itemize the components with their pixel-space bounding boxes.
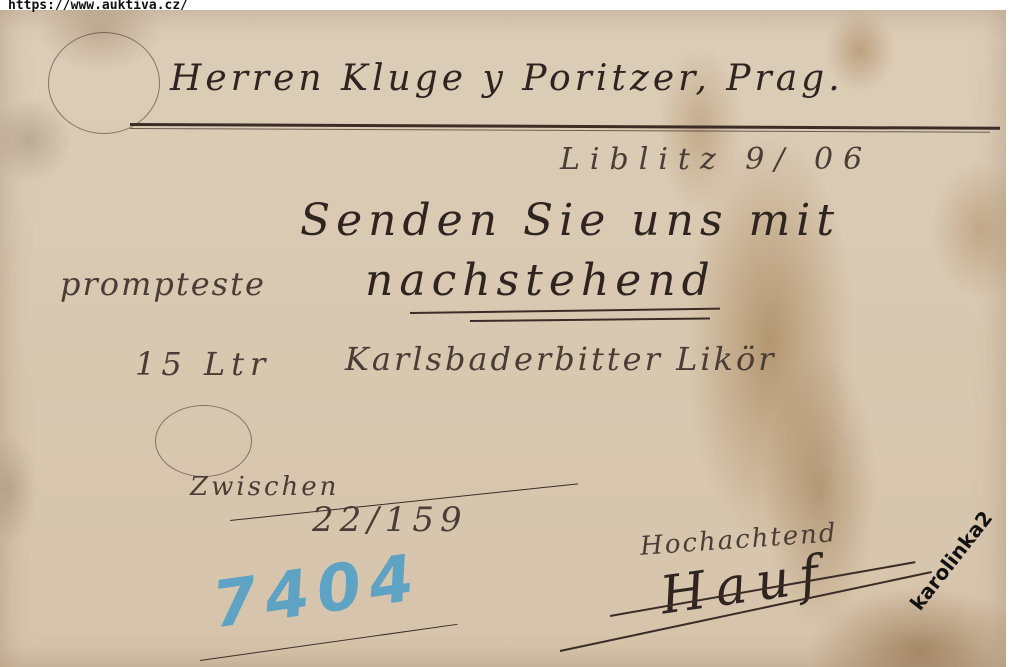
flourish-top-left	[48, 32, 160, 134]
item-text: Karlsbaderbitter Likör	[345, 340, 777, 378]
reference-number: 22/159	[312, 500, 468, 540]
body-line-2-underline	[410, 308, 720, 314]
closing-word: Zwischen	[190, 472, 339, 502]
flourish-left-middle	[155, 405, 252, 477]
place-date: Liblitz 9/ 06	[560, 142, 872, 177]
body-line-2-right: nachstehend	[365, 255, 716, 306]
blue-pencil-number: 7404	[208, 541, 426, 644]
image-stage: https://www.auktiva.cz/ Herren Kluge y P…	[0, 0, 1024, 667]
postcard: Herren Kluge y Poritzer, Prag. Liblitz 9…	[0, 10, 1006, 667]
body-line-2-left: prompteste	[60, 265, 266, 303]
body-line-2-underline-second	[470, 317, 710, 322]
address-line: Herren Kluge y Poritzer, Prag.	[170, 58, 844, 99]
source-url-label: https://www.auktiva.cz/	[8, 0, 188, 13]
body-line-1: Senden Sie uns mit	[300, 195, 840, 246]
quantity-text: 15 Ltr	[135, 345, 271, 383]
